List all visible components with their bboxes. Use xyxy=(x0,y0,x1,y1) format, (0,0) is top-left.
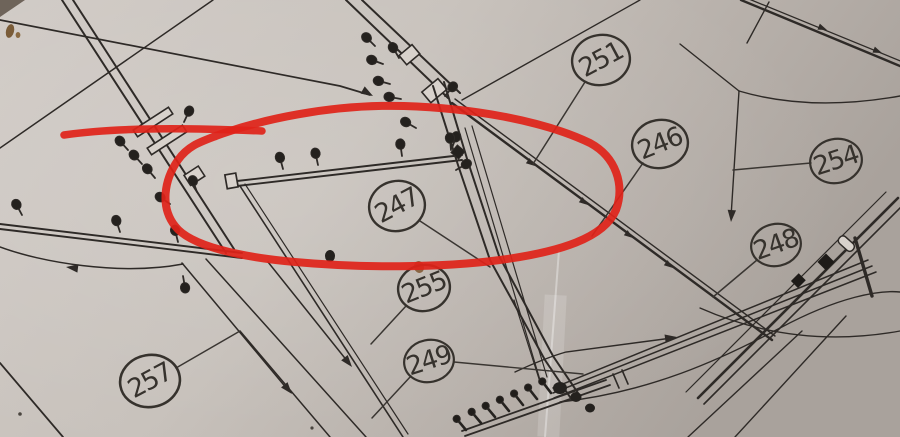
photo-of-rigging-plan: 251 246 254 248 247 255 xyxy=(0,0,900,437)
paper-speck xyxy=(18,412,22,416)
plan-drawing: 251 246 254 248 247 255 xyxy=(0,0,900,437)
paper-speck xyxy=(16,32,21,38)
paper-speck xyxy=(310,426,313,429)
